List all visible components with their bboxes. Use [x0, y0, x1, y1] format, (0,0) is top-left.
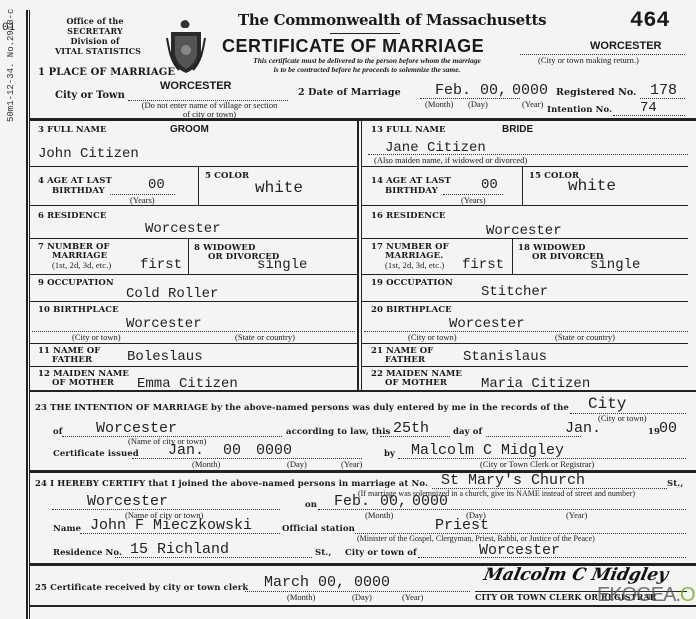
commonwealth-title: The Commonwealth of Massachusetts — [238, 11, 546, 29]
bride-full-name-label: 13 FULL NAME — [371, 126, 446, 135]
certification-city: Worcester — [87, 494, 168, 509]
table-top-border — [29, 118, 696, 121]
bride-birthplace: Worcester — [449, 317, 525, 331]
receipt-day-caption: (Day) — [352, 593, 372, 602]
groom-mother-label: 12 MAIDEN NAME OF MOTHER — [38, 370, 129, 388]
issued-label: Certificate issued — [53, 450, 139, 459]
intention-statement: 23 THE INTENTION OF MARRIAGE by the abov… — [35, 404, 569, 413]
clerk-caption: (City or Town Clerk or Registrar) — [480, 460, 594, 469]
bride-age: 00 — [481, 178, 498, 192]
groom-residence: Worcester — [145, 222, 221, 236]
receipt-date: March 00, 0000 — [264, 575, 390, 590]
groom-birthplace-state-caption: (State or country) — [235, 333, 295, 342]
residence-label: Residence No. — [53, 549, 122, 558]
groom-full-name-label: 3 FULL NAME — [38, 126, 107, 135]
divider — [30, 274, 357, 275]
place-of-marriage-label: 1 PLACE OF MARRIAGE — [38, 68, 175, 78]
clerk-signature: Malcolm C Midgley — [482, 565, 670, 585]
groom-birthplace: Worcester — [126, 317, 202, 331]
receipt-label: 25 Certificate received by city or town … — [35, 584, 248, 593]
left-border — [26, 10, 28, 619]
intention-year-suffix: 00 — [659, 421, 677, 436]
divider — [362, 274, 688, 275]
intention-line — [613, 115, 685, 116]
returning-city: WORCESTER — [590, 40, 662, 52]
instructions: This certificate must be delivered to th… — [222, 57, 512, 74]
officiant-name: John F Mieczkowski — [90, 518, 252, 533]
divider — [198, 167, 199, 205]
official-station-label: Official station — [282, 525, 355, 534]
bride-number-of-marriage: first — [462, 258, 504, 272]
groom-color-label: 5 COLOR — [205, 172, 249, 181]
marriage-location: St Mary's Church — [441, 473, 585, 488]
cert-month-caption: (Month) — [365, 511, 393, 520]
groom-mother: Emma Citizen — [137, 377, 238, 391]
bride-color: white — [568, 178, 616, 194]
groom-number-of-marriage: first — [140, 258, 182, 272]
bride-full-name-caption: (Also maiden name, if widowed or divorce… — [374, 156, 527, 165]
cert-year-caption: (Year) — [566, 511, 587, 520]
intention-city: Worcester — [96, 421, 177, 436]
divider — [30, 205, 357, 206]
divider — [522, 167, 523, 205]
city-or-town-label: City or Town — [55, 90, 125, 101]
city-of-label: City or town of — [345, 549, 417, 558]
groom-birthplace-city-caption: (City or town) — [72, 333, 121, 342]
groom-age: 00 — [148, 178, 165, 192]
intention-records-of: City — [588, 396, 626, 412]
groom-age-caption: (Years) — [130, 196, 155, 205]
intention-number: 74 — [640, 101, 657, 115]
intention-day: 25th — [393, 421, 429, 436]
day-of-label: day of — [453, 428, 482, 437]
divider — [30, 166, 357, 167]
certification-month: Feb. — [334, 494, 370, 509]
groom-occupation-label: 9 OCCUPATION — [38, 279, 114, 288]
bride-age-label: 14 AGE AT LAST BIRTHDAY — [371, 176, 451, 196]
certification-year: 0000 — [412, 494, 448, 509]
groom-father: Boleslaus — [127, 350, 203, 364]
bottom-border — [29, 605, 696, 607]
divider — [362, 343, 688, 344]
by-label: by — [384, 450, 395, 459]
groom-occupation: Cold Roller — [126, 287, 218, 301]
marriage-month: Feb. — [435, 83, 471, 98]
issued-year-caption: (Year) — [341, 460, 362, 469]
divider — [362, 166, 688, 167]
certification-statement: 24 I HEREBY CERTIFY that I joined the ab… — [35, 480, 428, 489]
on-label: on — [305, 501, 317, 510]
certification-day: 00, — [380, 494, 407, 509]
section-divider — [29, 390, 696, 392]
divider — [188, 239, 189, 274]
intention-clerk: Malcolm C Midgley — [411, 443, 564, 458]
divider — [30, 343, 357, 344]
groom-residence-label: 6 RESIDENCE — [38, 212, 107, 221]
bride-full-name: Jane Citizen — [385, 141, 486, 155]
month-caption: (Month) — [425, 100, 453, 109]
intention-month: Jan. — [565, 421, 601, 436]
residence-st-label: St., — [315, 549, 331, 558]
marriage-year: 0000 — [512, 83, 548, 98]
groom-color: white — [255, 180, 303, 196]
issued-year: 0000 — [256, 443, 292, 458]
date-of-marriage-label: 2 Date of Marriage — [298, 88, 401, 98]
groom-age-label: 4 AGE AT LAST BIRTHDAY — [38, 176, 112, 196]
bride-widowed: single — [590, 258, 640, 272]
place-of-marriage-value: WORCESTER — [160, 80, 232, 92]
bride-birthplace-state-caption: (State or country) — [555, 333, 615, 342]
watermark: EKOGEA.ORG — [597, 584, 696, 607]
according-label: according to law, this — [286, 428, 390, 437]
bride-occupation: Stitcher — [481, 285, 548, 299]
returning-city-caption: (City or town making return.) — [538, 56, 639, 65]
receipt-year-caption: (Year) — [402, 593, 423, 602]
center-divider — [357, 119, 359, 390]
bride-birthplace-label: 20 BIRTHPLACE — [371, 306, 452, 315]
bride-heading: BRIDE — [502, 124, 533, 135]
divider — [362, 366, 688, 367]
city-caption: (Do not enter name of village or section… — [122, 101, 297, 119]
registered-label: Registered No. — [556, 88, 637, 98]
title-rule — [330, 33, 400, 34]
massachusetts-seal-icon — [165, 18, 207, 74]
divider — [30, 366, 357, 367]
divider — [362, 238, 688, 239]
groom-widowed: single — [257, 258, 307, 272]
groom-heading: GROOM — [170, 124, 209, 135]
office-block: Office of the SECRETARY Division of VITA… — [55, 16, 135, 56]
bride-mother-label: 22 MAIDEN NAME OF MOTHER — [371, 370, 462, 388]
section-divider — [29, 470, 696, 473]
year-caption: (Year) — [522, 100, 543, 109]
officiant-residence: 15 Richland — [130, 542, 229, 557]
bride-father: Stanislaus — [463, 350, 547, 364]
officiant-name-label: Name — [53, 525, 81, 534]
receipt-month-caption: (Month) — [287, 593, 315, 602]
issued-month-caption: (Month) — [192, 460, 220, 469]
registered-number: 178 — [650, 83, 677, 98]
bride-residence: Worcester — [486, 224, 562, 238]
bride-birthplace-city-caption: (City or town) — [408, 333, 457, 342]
bride-occupation-label: 19 OCCUPATION — [371, 279, 453, 288]
divider — [362, 205, 688, 206]
bride-age-caption: (Years) — [461, 196, 486, 205]
groom-number-label: 7 NUMBER OF MARRIAGE (1st, 2d, 3d, etc.) — [38, 243, 111, 270]
divider — [362, 301, 688, 302]
groom-father-label: 11 NAME OF FATHER — [38, 347, 100, 365]
bride-mother: Maria Citizen — [481, 377, 590, 391]
divider — [30, 301, 357, 302]
certificate-number: 464 — [630, 8, 670, 33]
groom-full-name: John Citizen — [38, 147, 139, 161]
issued-day-caption: (Day) — [287, 460, 307, 469]
registered-line — [640, 98, 685, 99]
issued-month: Jan. — [168, 443, 204, 458]
issued-day: 00 — [223, 443, 241, 458]
center-divider-inner — [361, 119, 362, 390]
bride-number-label: 17 NUMBER OF MARRIAGE. (1st, 2d, 3d, etc… — [371, 243, 449, 270]
bride-residence-label: 16 RESIDENCE — [371, 212, 446, 221]
location-st-label: St., — [667, 480, 683, 489]
divider — [30, 238, 357, 239]
divider — [512, 239, 513, 274]
bride-father-label: 21 NAME OF FATHER — [371, 347, 433, 365]
day-caption: (Day) — [468, 100, 488, 109]
left-border-inner — [29, 10, 30, 619]
marriage-day: 00, — [480, 83, 507, 98]
form-number: 50m1-12-34. No.2918-c — [6, 9, 16, 122]
official-station: Priest — [435, 518, 489, 533]
certificate-title: CERTIFICATE OF MARRIAGE — [222, 36, 484, 57]
issued-line — [132, 458, 362, 459]
intention-label: Intention No. — [547, 106, 612, 115]
records-caption: (City or town) — [598, 414, 647, 423]
officiant-city: Worcester — [479, 543, 560, 558]
groom-birthplace-label: 10 BIRTHPLACE — [38, 306, 119, 315]
